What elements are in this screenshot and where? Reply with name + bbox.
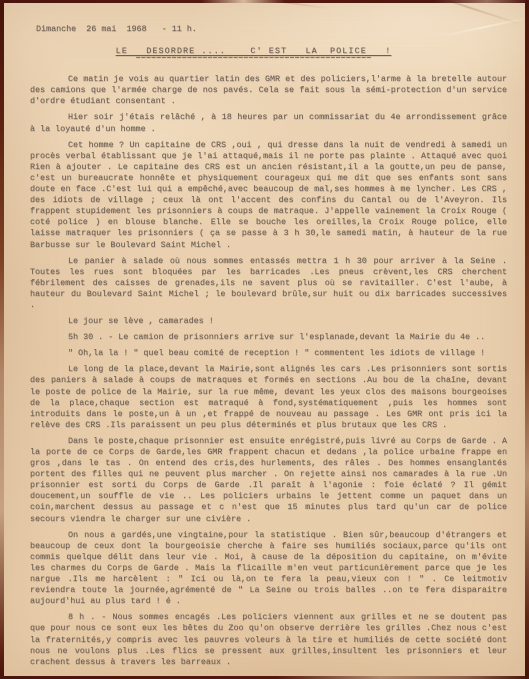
paragraph-statistique: On nous a gardés,une vingtaine,pour la s… [30,530,507,608]
paragraph-captain: Cet homme ? Un capitaine de CRS ,oui , q… [30,140,507,251]
paragraph-release: Hier soir j'étais relâché , à 18 heures … [30,112,507,134]
title-underline: ========================================… [30,53,477,62]
scanned-document-page: Dimanche 26 mai 1968 - 11 h. LE DESORDRE… [0,0,529,679]
paragraph-5h30: 5h 30 . - Le camion de prisonniers arriv… [30,332,507,343]
date-line: Dimanche 26 mai 1968 - 11 h. [36,24,507,35]
scan-edge-top [0,0,529,3]
scan-edge-left [0,0,4,679]
paragraph-quote: " Oh,la la ! " quel beau comité de recep… [30,348,507,359]
scan-edge-right [525,0,529,679]
paragraph-intro: Ce matin je vois au quartier latin des G… [30,74,507,107]
paragraph-le-jour: Le jour se lève , camarades ! [30,316,507,327]
document-body: Dimanche 26 mai 1968 - 11 h. LE DESORDRE… [0,0,529,679]
paragraph-8h: 8 h . - Nous sommes encagés .Les policie… [30,612,507,667]
paragraph-mairie: Le long de la place,devant la Mairie,son… [30,364,507,431]
paragraph-panier-salade: Le panier à salade où nous sommes entass… [30,256,507,311]
paragraph-corps-de-garde: Dans le poste,chaque prisonnier est ensu… [30,436,507,525]
title-block: LE DESORDRE .... C' EST LA POLICE ! ====… [30,46,477,62]
